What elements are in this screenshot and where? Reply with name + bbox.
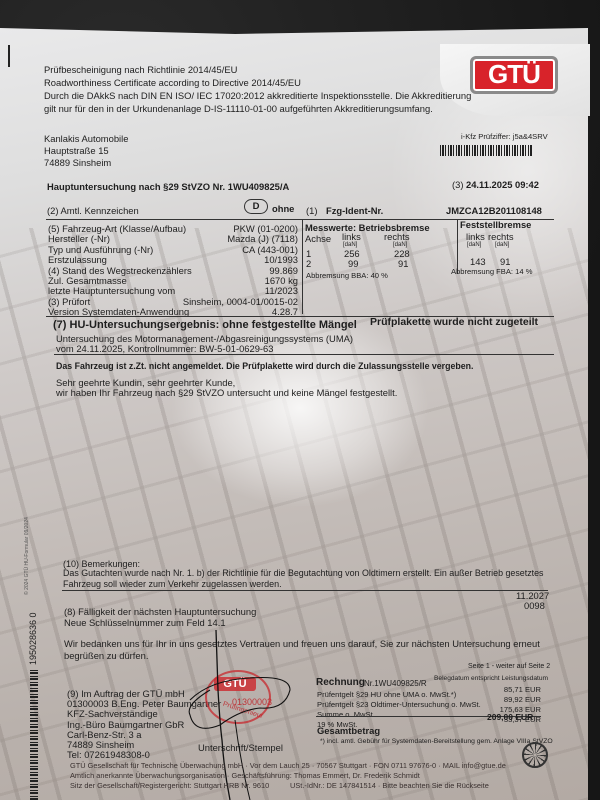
parking-brake-deceleration: Abbremsung FBA: 14 %: [451, 266, 532, 277]
result-title: (7) HU-Untersuchungsergebnis: ohne festg…: [53, 320, 357, 331]
serial-barcode: [30, 670, 38, 800]
plakette-status: Prüfplakette wurde nicht zugeteilt: [370, 317, 538, 328]
vin-label: Fzg-Ident-Nr.: [326, 205, 383, 216]
punch-mark: [8, 45, 10, 67]
vehicle-field-label: (4) Stand des Wegstreckenzählers: [48, 265, 192, 276]
total-label: Gesamtbetrag: [317, 725, 380, 736]
vehicle-field-value: 1670 kg: [265, 275, 298, 286]
serial-number: 195028636 0: [28, 612, 38, 665]
divider: [302, 219, 303, 314]
thanks-line-2: begrüßen zu dürfen.: [64, 650, 148, 661]
footer-line-3: Sitz der Gesellschaft/Registergericht: S…: [70, 780, 269, 791]
axle-2: 2: [306, 258, 311, 269]
parking-unit-left: [daN]: [467, 240, 481, 251]
greeting-line-2: wir haben Ihr Fahrzeug nach §29 StVZO un…: [56, 387, 397, 398]
vehicle-field-value: 11/2023: [265, 285, 298, 296]
vehicle-field-label: Zul. Gesamtmasse: [48, 275, 127, 286]
datetime-label: (3): [452, 179, 463, 190]
registration-notice: Das Fahrzeug ist z.Zt. nicht angemeldet.…: [56, 361, 473, 372]
vin-value: JMZCA12B201108148: [446, 205, 542, 216]
invoice-footnote: *) incl. amtl. Gebühr für Systemdaten-Be…: [320, 736, 553, 747]
invoice-date-note: Belegdatum entspricht Leistungsdatum: [434, 673, 548, 684]
vehicle-field-value: Sinsheim, 0004-01/0015-02: [183, 296, 298, 307]
header-line-2: Roadworthiness Certificate according to …: [44, 77, 301, 88]
address-city: 74889 Sinsheim: [44, 157, 111, 168]
plate-value: ohne: [272, 203, 294, 214]
axle-2-right: 91: [398, 258, 408, 269]
parking-unit-right: [daN]: [495, 240, 509, 251]
next-inspection-label: (8) Fälligkeit der nächsten Hauptuntersu…: [64, 606, 256, 617]
vehicle-field-label: (5) Fahrzeug-Art (Klasse/Aufbau): [48, 223, 186, 234]
address-street: Hauptstraße 15: [44, 145, 109, 156]
vin-label-number: (1): [306, 205, 317, 216]
address-name: Kanlakis Automobile: [44, 133, 128, 144]
footer-line-2b: USt.-IdNr.: DE 147841514 · Bitte beachte…: [290, 780, 489, 791]
page-note: Seite 1 - weiter auf Seite 2: [468, 661, 550, 672]
uma-line-2: vom 24.11.2025, Kontrollnummer: BW-5-01-…: [56, 343, 273, 354]
country-badge: D: [244, 199, 268, 214]
remarks-line-2: Fahrzeug soll wieder zum Verkehr zugelas…: [63, 579, 282, 590]
vehicle-field-label: letzte Hauptuntersuchung vom: [48, 285, 175, 296]
axle-2-left: 99: [348, 258, 358, 269]
header-line-1: Prüfbescheinigung nach Richtlinie 2014/4…: [44, 64, 237, 75]
header-line-4: gilt nur für den in der Urkundenanlage D…: [44, 103, 433, 114]
vehicle-field-value: 99.869: [269, 265, 298, 276]
ikfz-barcode: [440, 145, 532, 156]
vehicle-field-value: Mazda (J) (7118): [227, 233, 298, 244]
form-copyright: © 2024 GTÜ HU-Formular 09/2024: [24, 517, 30, 595]
key-number-label: Neue Schlüsselnummer zum Feld 14.1: [64, 617, 226, 628]
inspection-title: Hauptuntersuchung nach §29 StVZO Nr. 1WU…: [47, 181, 289, 192]
invoice-number: Nr.1WU409825/R: [364, 678, 427, 689]
inspector-line: Tel: 07261948308-0: [67, 749, 150, 760]
vehicle-field-label: Hersteller (-Nr): [48, 233, 110, 244]
plate-label: (2) Amtl. Kennzeichen: [47, 205, 139, 216]
service-brake-deceleration: Abbremsung BBA: 40 %: [306, 270, 388, 281]
vehicle-field-value: 10/1993: [264, 254, 298, 265]
invoice-title: Rechnung: [316, 677, 365, 688]
divider: [54, 354, 554, 355]
inspection-seal-icon: [522, 742, 548, 768]
vehicle-field-value: PKW (01-0200): [233, 223, 298, 234]
vehicle-field-label: (3) Prüfort: [48, 296, 90, 307]
vehicle-field-label: Typ und Ausführung (-Nr): [48, 244, 153, 255]
remarks-line-1: Das Gutachten wurde nach Nr. 1. b) der R…: [63, 568, 543, 579]
axle-header: Achse: [305, 233, 331, 244]
gtue-logo: GTÜ: [470, 56, 558, 94]
vehicle-field-label: Erstzulassung: [48, 254, 107, 265]
key-number-value: 0098: [524, 600, 545, 611]
vehicle-field-value: CA (443-001): [242, 244, 298, 255]
certificate-content: GTÜ Prüfbescheinigung nach Richtlinie 20…: [0, 0, 600, 800]
service-brake-title: Messwerte: Betriebsbremse: [305, 222, 430, 233]
ikfz-code: i-Kfz Prüfziffer: j5a&4SRV: [461, 131, 548, 142]
parking-brake-title: Feststellbremse: [460, 219, 531, 230]
divider: [62, 590, 548, 591]
total-amount: 209,00 EUR: [487, 712, 533, 723]
inspection-datetime: 24.11.2025 09:42: [466, 179, 539, 190]
header-line-3: Durch die DAkkS nach DIN EN ISO/ IEC 170…: [44, 90, 471, 101]
